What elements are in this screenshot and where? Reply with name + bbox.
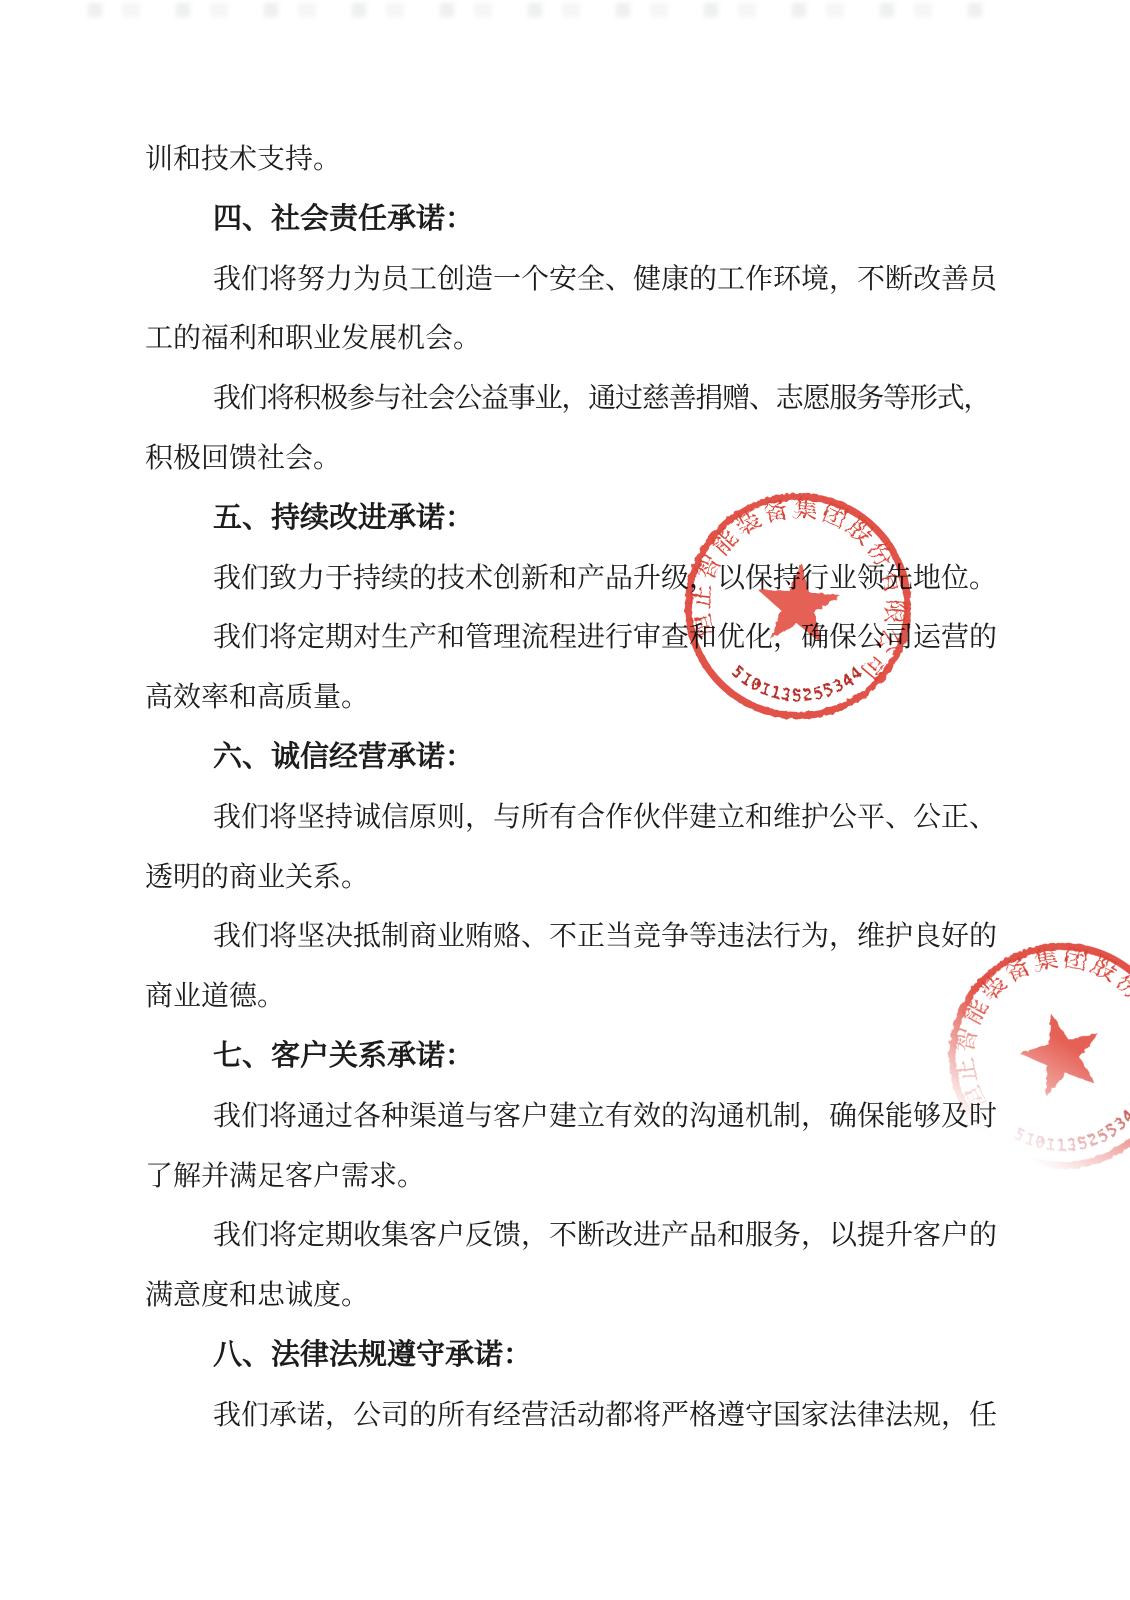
- star-icon: [1011, 1004, 1110, 1100]
- document-text: 训和技术支持。 四、社会责任承诺： 我们将努力为员工创造一个安全、健康的工作环境…: [145, 130, 1005, 1446]
- text-line: 训和技术支持。: [145, 130, 1005, 190]
- seal-ring-text: 恒正智能装备集团股份有限公司: [949, 942, 1130, 1119]
- seal-serial-number: 5101135255344: [728, 662, 867, 705]
- text-line: 工的福利和职业发展机会。: [145, 309, 1005, 369]
- section-heading: 六、诚信经营承诺：: [145, 728, 1005, 788]
- text-line: 我们将努力为员工创造一个安全、健康的工作环境，不断改善员: [145, 250, 1005, 310]
- section-heading: 四、社会责任承诺：: [145, 190, 1005, 250]
- text-line: 满意度和忠诚度。: [145, 1266, 1005, 1326]
- text-line: 积极回馈社会。: [145, 429, 1005, 489]
- text-line: 我们将坚决抵制商业贿赂、不正当竞争等违法行为，维护良好的: [145, 907, 1005, 967]
- scan-artifact: [88, 3, 983, 17]
- section-heading: 八、法律法规遵守承诺：: [145, 1326, 1005, 1386]
- text-line: 我们将坚持诚信原则，与所有合作伙伴建立和维护公平、公正、: [145, 788, 1005, 848]
- text-line: 我们承诺，公司的所有经营活动都将严格遵守国家法律法规，任: [145, 1386, 1005, 1446]
- text-line: 我们将积极参与社会公益事业，通过慈善捐赠、志愿服务等形式，: [145, 369, 1005, 429]
- company-seal: 恒正智能装备集团股份有限公司 5101135255344: [674, 482, 922, 730]
- text-line: 我们将定期收集客户反馈，不断改进产品和服务，以提升客户的: [145, 1206, 1005, 1266]
- star-icon: [754, 560, 842, 644]
- text-line: 我们将通过各种渠道与客户建立有效的沟通机制，确保能够及时: [145, 1087, 1005, 1147]
- section-heading: 七、客户关系承诺：: [145, 1027, 1005, 1087]
- document-page: 训和技术支持。 四、社会责任承诺： 我们将努力为员工创造一个安全、健康的工作环境…: [0, 0, 1130, 1600]
- text-line: 透明的商业关系。: [145, 848, 1005, 908]
- text-line: 了解并满足客户需求。: [145, 1147, 1005, 1207]
- text-line: 商业道德。: [145, 967, 1005, 1027]
